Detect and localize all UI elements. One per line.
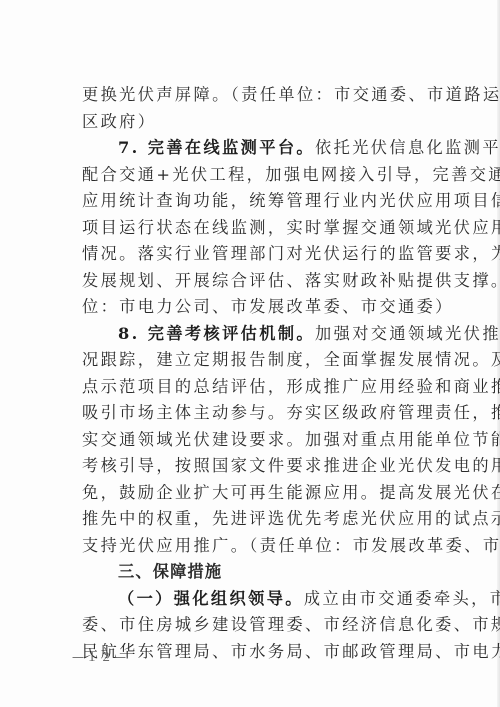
item-7-heading-line: 7. 完善在线监测平台。依托光伏信息化监测平台，积极 [82, 135, 422, 162]
text-line: 项目运行状态在线监测，实时掌握交通领域光伏应用项目进展 [82, 215, 422, 242]
text-line: 推先中的权重，先进评选优先考虑光伏应用的试点示范企业， [82, 506, 422, 533]
document-body: 更换光伏声屏障。（责任单位：市交通委、市道路运输局、各 区政府） 7. 完善在线… [82, 82, 422, 665]
text-line: 配合交通+光伏工程，加强电网接入引导，完善交通领域光伏 [82, 162, 422, 189]
text-line: 考核引导，按照国家文件要求推进企业光伏发电的用能指标减 [82, 453, 422, 480]
item-8-heading-line: 8. 完善考核评估机制。加强对交通领域光伏推广应用情 [82, 321, 422, 348]
text-line: 委、市住房城乡建设管理委、市经济信息化委、市规划资源局、 [82, 612, 422, 639]
text-line: 实交通领域光伏建设要求。加强对重点用能单位节能目标责任 [82, 427, 422, 454]
text-line: 情况。落实行业管理部门对光伏运行的监管要求，为制定行业 [82, 241, 422, 268]
text-line: 应用统计查询功能，统筹管理行业内光伏应用项目信息，实现 [82, 188, 422, 215]
text-line: 免，鼓励企业扩大可再生能源应用。提高发展光伏在各类评优 [82, 480, 422, 507]
text-line: 吸引市场主体主动参与。夯实区级政府管理责任，推进各区落 [82, 400, 422, 427]
text-line: 况跟踪，建立定期报告制度，全面掌握发展情况。及时开展试 [82, 347, 422, 374]
text-line: 发展规划、开展综合评估、落实财政补贴提供支撑。（责任单 [82, 268, 422, 295]
subsection-1-title: （一）强化组织领导。 [118, 589, 304, 608]
text-line: 更换光伏声屏障。（责任单位：市交通委、市道路运输局、各 [82, 82, 422, 109]
text-line: 支持光伏应用推广。（责任单位：市发展改革委、市交通委） [82, 533, 422, 560]
item-7-title: 7. 完善在线监测平台。 [118, 138, 315, 157]
text-line: 点示范项目的总结评估，形成推广应用经验和商业推广模式， [82, 374, 422, 401]
page-number: —１２— [72, 648, 128, 665]
text-line: 区政府） [82, 109, 422, 136]
text-line: 位：市电力公司、市发展改革委、市交通委） [82, 294, 422, 321]
text-line: 民航华东管理局、市水务局、市邮政管理局、市电力公司等部 [82, 639, 422, 666]
item-8-title: 8. 完善考核评估机制。 [118, 324, 315, 343]
section-3-heading: 三、保障措施 [82, 559, 422, 586]
subsection-1-heading-line: （一）强化组织领导。成立由市交通委牵头，市发展改革 [82, 586, 422, 613]
